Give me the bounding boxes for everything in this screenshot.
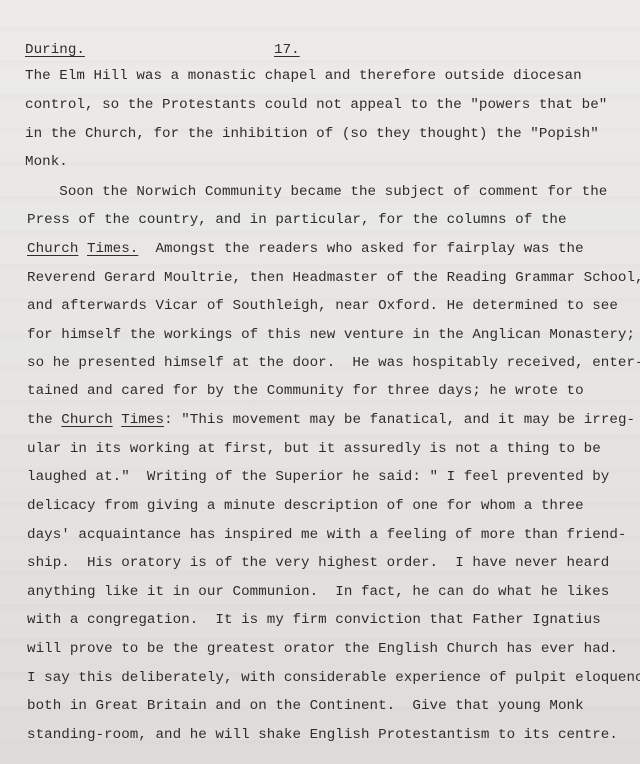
text-line: so he presented himself at the door. He … bbox=[27, 353, 640, 373]
text-line: Reverend Gerard Moultrie, then Headmaste… bbox=[27, 268, 640, 288]
publication-title: Times. bbox=[87, 241, 138, 257]
text-line: standing-room, and he will shake English… bbox=[27, 725, 618, 745]
text-line: in the Church, for the inhibition of (so… bbox=[25, 124, 599, 144]
page-number: 17. bbox=[274, 40, 300, 60]
text-line: with a congregation. It is my firm convi… bbox=[27, 610, 601, 630]
text-span: the bbox=[27, 412, 61, 428]
text-line: will prove to be the greatest orator the… bbox=[27, 639, 618, 659]
text-line: control, so the Protestants could not ap… bbox=[25, 95, 607, 115]
text-line: Monk. bbox=[25, 152, 68, 172]
running-head: During. bbox=[25, 40, 85, 60]
text-line: Press of the country, and in particular,… bbox=[27, 210, 567, 230]
text-line: days' acquaintance has inspired me with … bbox=[27, 525, 626, 545]
page-number-text: 17. bbox=[274, 42, 300, 58]
publication-title: Church bbox=[27, 241, 78, 257]
text-span: Amongst the readers who asked for fairpl… bbox=[138, 241, 583, 257]
text-line: both in Great Britain and on the Contine… bbox=[27, 696, 584, 716]
text-line: anything like it in our Communion. In fa… bbox=[27, 582, 609, 602]
text-line: delicacy from giving a minute descriptio… bbox=[27, 496, 584, 516]
text-line: I say this deliberately, with considerab… bbox=[27, 668, 640, 688]
paragraph-start-line: Soon the Norwich Community became the su… bbox=[25, 182, 607, 202]
text-line: laughed at." Writing of the Superior he … bbox=[27, 467, 609, 487]
text-line: ship. His oratory is of the very highest… bbox=[27, 553, 609, 573]
text-line: The Elm Hill was a monastic chapel and t… bbox=[25, 66, 582, 86]
text-line: and afterwards Vicar of Southleigh, near… bbox=[27, 296, 618, 316]
text-line: tained and cared for by the Community fo… bbox=[27, 381, 584, 401]
text-line: Church Times. Amongst the readers who as… bbox=[27, 239, 584, 259]
publication-title: Church bbox=[61, 412, 112, 428]
text-line: the Church Times: "This movement may be … bbox=[27, 410, 635, 430]
publication-title: Times bbox=[121, 412, 164, 428]
text-line: ular in its working at first, but it ass… bbox=[27, 439, 601, 459]
text-line: for himself the workings of this new ven… bbox=[27, 325, 635, 345]
typed-document-page: During. 17. The Elm Hill was a monastic … bbox=[0, 0, 640, 764]
text-span: : "This movement may be fanatical, and i… bbox=[164, 412, 635, 428]
